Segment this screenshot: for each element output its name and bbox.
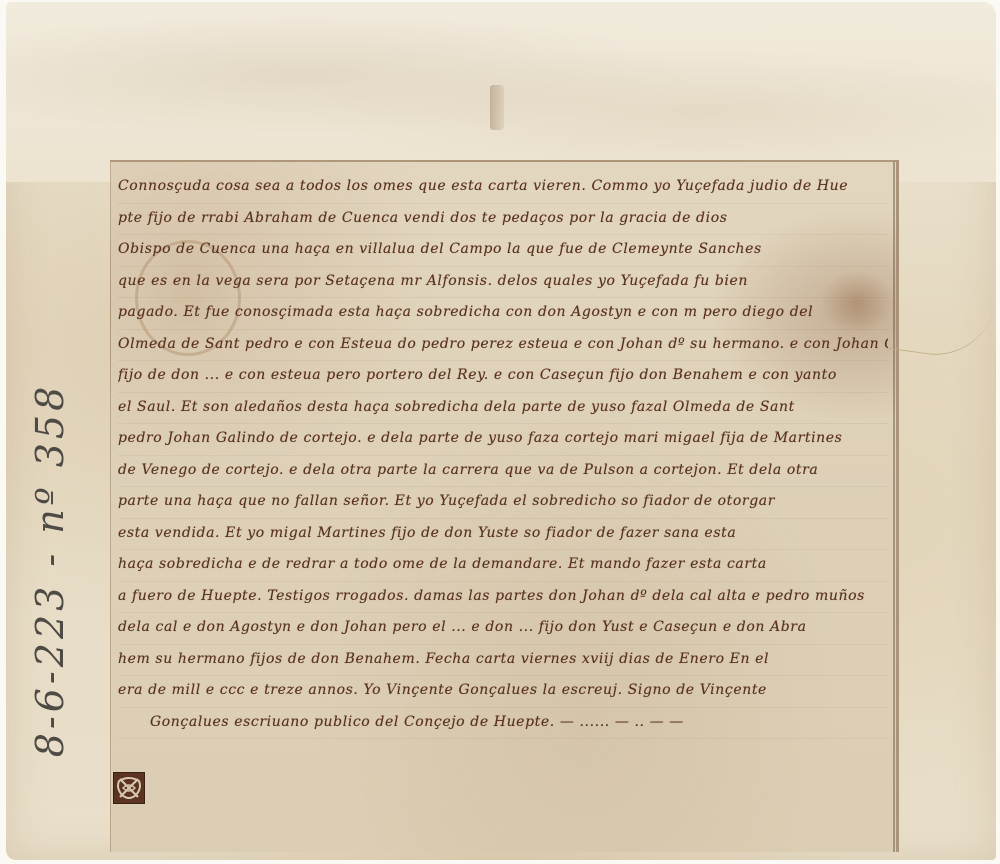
text-line: el Saul. Et son aledaños desta haça sobr…	[118, 393, 888, 425]
text-line: que es en la vega sera por Setaçena mr A…	[118, 267, 888, 299]
text-line: haça sobredicha e de redrar a todo ome d…	[118, 550, 888, 582]
text-line: Olmeda de Sant pedro e con Esteua do ped…	[118, 330, 888, 362]
text-line: fijo de don ... e con esteua pero porter…	[118, 361, 888, 393]
charter-text: Connosçuda cosa sea a todos los omes que…	[118, 172, 888, 739]
archive-annotation-text: 8-6-223 - nº 358	[28, 383, 72, 758]
text-line: pte fijo de rrabi Abraham de Cuenca vend…	[118, 204, 888, 236]
text-line: hem su hermano fijos de don Benahem. Fec…	[118, 645, 888, 677]
text-line: de Venego de cortejo. e dela otra parte …	[118, 456, 888, 488]
text-line: Obispo de Cuenca una haça en villalua de…	[118, 235, 888, 267]
text-line: a fuero de Huepte. Testigos rrogados. da…	[118, 582, 888, 614]
archive-annotation: 8-6-223 - nº 358	[20, 310, 80, 830]
text-line: Connosçuda cosa sea a todos los omes que…	[118, 172, 888, 204]
text-line: parte una haça que no fallan señor. Et y…	[118, 487, 888, 519]
text-line: era de mill e ccc e treze annos. Yo Vinç…	[118, 676, 888, 708]
text-line: Gonçalues escriuano publico del Conçejo …	[118, 708, 888, 740]
right-margin-rule	[893, 162, 895, 852]
text-line: pagado. Et fue conosçimada esta haça sob…	[118, 298, 888, 330]
text-line: esta vendida. Et yo migal Martines fijo …	[118, 519, 888, 551]
fold-mark	[490, 85, 504, 130]
notary-sign-icon	[113, 772, 145, 804]
text-line: dela cal e don Agostyn e don Johan pero …	[118, 613, 888, 645]
text-line: pedro Johan Galindo de cortejo. e dela p…	[118, 424, 888, 456]
